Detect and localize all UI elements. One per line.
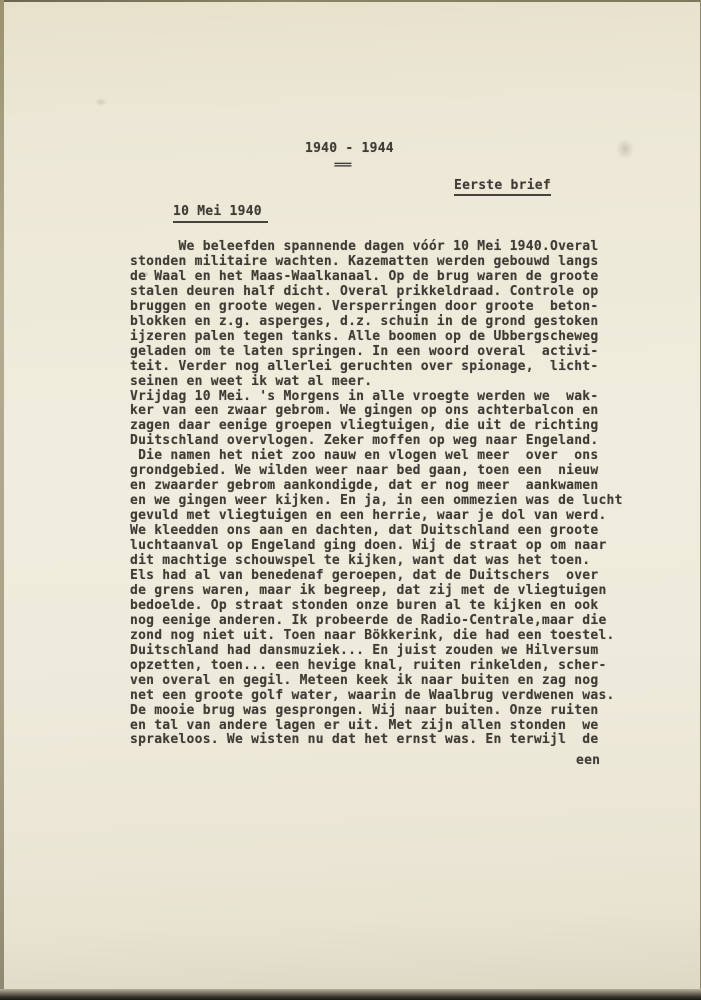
paper-sheet: 1940 - 1944 === Eerste brief 10 Mei 1940… — [4, 2, 700, 989]
paper-edge-left — [0, 0, 4, 1000]
letter-body: We beleefden spannende dagen vóór 10 Mei… — [130, 240, 616, 748]
paper-edge-top — [0, 0, 701, 2]
scan-smudge — [612, 134, 638, 164]
catchword: een — [576, 753, 600, 768]
years-heading: 1940 - 1944 — [305, 141, 394, 156]
scan-smudge — [92, 96, 110, 108]
letter-title: Eerste brief — [454, 178, 551, 196]
date-heading: 10 Mei 1940 — [173, 204, 268, 223]
years-heading-separator: === — [334, 158, 351, 171]
scanned-letter-page: 1940 - 1944 === Eerste brief 10 Mei 1940… — [0, 0, 701, 1000]
paper-edge-bottom — [0, 989, 701, 1000]
